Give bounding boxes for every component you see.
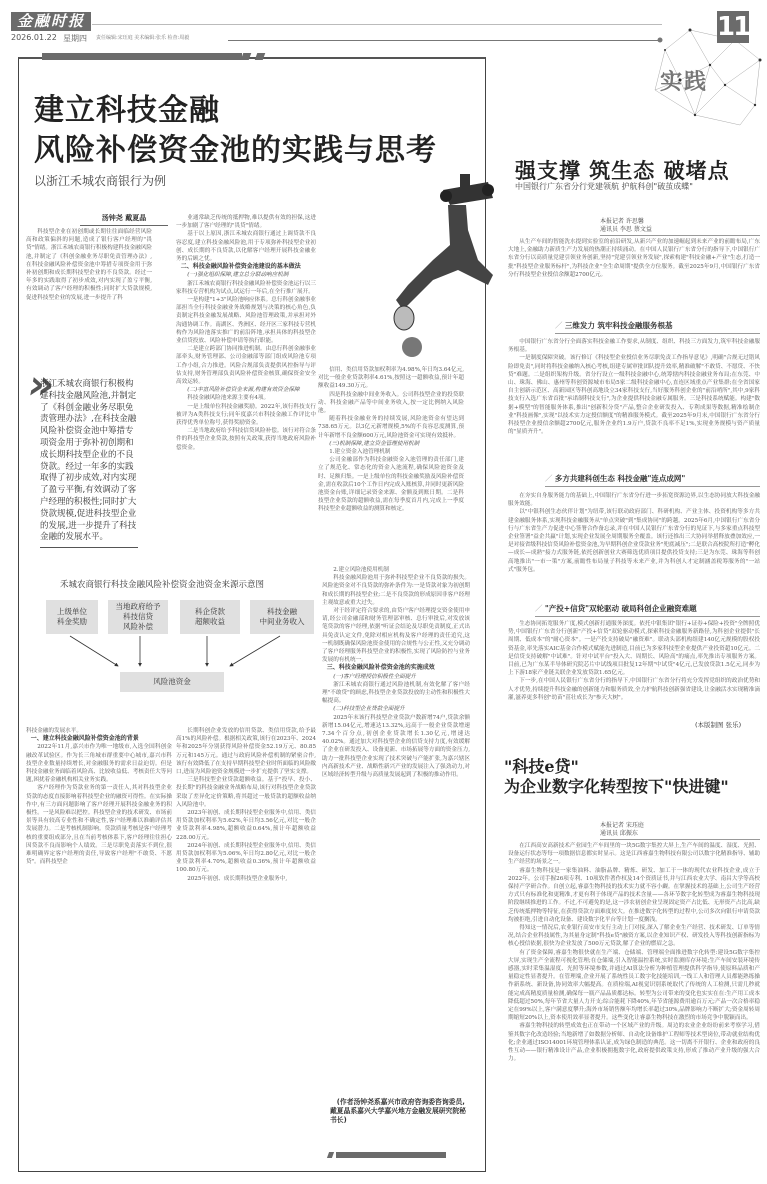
paragraph: 一是制度保障突破。该行修订《科技型企业授信业务尽职免责工作指导意见》,明确"合规… xyxy=(508,354,760,436)
right-article-1-subtitle: 中国银行广东省分行党建领航 护航科创"破茧成蝶" xyxy=(515,181,693,192)
header-rule-bottom xyxy=(228,40,660,41)
paragraph: 生态协同拓宽服务广度,模式创新打通服务深度。依托中银集团"银行+证券+保险+投资… xyxy=(508,620,760,677)
paragraph: 业通常缺乏传统的抵押物,难以提供有效的担保,这进一步加剧了客户经理的"畏贷"情绪… xyxy=(176,214,316,230)
paragraph: 公司金融部作为科技金融资金入池管理的责任部门,建立了规范化、常态化的资金入池流程… xyxy=(318,456,464,513)
diagram-target-box: 风险池资金 xyxy=(120,672,224,692)
paragraph-heading: 1.建立资金入池管理机制 xyxy=(318,448,464,456)
right-article-1-byline-correspondent: 通讯员 李思 蔡文益 xyxy=(600,226,760,236)
title-line-2: 为企业数字化转型按下"快进键" xyxy=(504,777,729,797)
left-article-authors: 汤钟尧 戴夏晶 xyxy=(80,213,168,226)
paragraph: 科技金融风险池来源主要有4项。 xyxy=(176,394,316,402)
paragraph: 随着科技金融业务的持续发展,风险池资金有望达到738.65万元。以3亿元新增规模… xyxy=(318,415,464,440)
paragraph: 以"中银科创生态伙伴计划"为纽带,该行联动政府部门、科研机构、产业主体、投资机构… xyxy=(508,508,760,574)
paragraph: 一是上级单位科技金融奖励。2022年,该行科技支行被评为A类科技支行;同年度嘉兴… xyxy=(176,403,316,428)
right-article-1-section-heading-1: 三维发力 筑牢科技金融服务根基 xyxy=(555,320,760,334)
paragraph-heading: 2.建立风险池使用机制 xyxy=(322,566,470,574)
left-article-column-3-lower: 2.建立风险池使用机制 科技金融风险池用于弥补科技型企业不良贷款的损失。风险池资… xyxy=(322,566,470,1096)
paragraph: 2025年末该行科技型企业贷款户数新增74户,贷款余额新增15.04亿元,增速达… xyxy=(322,714,470,780)
diagram-arrows-icon xyxy=(40,634,320,670)
paragraph: 下一步,在中国人民银行广东省分行的指导下,中国银行广东省分行将充分发挥党组织的政… xyxy=(508,677,760,702)
paragraph: 对于经评定符合要求的,由贷户客户经理提交资金使用申请,经公司金融部和财务管理部审… xyxy=(322,607,470,664)
title-line-1: "科技e贷" xyxy=(504,757,729,777)
paragraph: 浙江禾城农商银行通过风险池机制,有效化解了客户经理"不敢贷"的顾虑,科技型企业贷… xyxy=(322,681,470,706)
page-number-badge: 11 xyxy=(717,11,749,43)
right-article-2-body: 在江西高安高新技术产业园生产车间里的一块5G数字集控大屏上,生产车间的温度、湿度… xyxy=(508,842,760,1174)
paragraph: 从生产车间的智能洗水提到实验室的前沿研发,从新兴产业的加速崛起到未来产业的前瞻布… xyxy=(508,238,760,279)
left-article-title-line1: 建立科技金融 xyxy=(34,94,220,128)
pull-quote: 浙江禾城农商银行积极构建科技金融风险池,并制定了《科创金融业务尽职免责管理办法》… xyxy=(40,379,138,548)
paragraph: 科技型企业在初创期或长期往往面临经营风险高和政策偏斜的问题,造成了银行客户经理的… xyxy=(26,228,152,302)
right-article-2-title: "科技e贷" 为企业数字化转型按下"快进键" xyxy=(504,757,729,797)
section-heading: 二、科技金融风险补偿资金池建设的基本做法 xyxy=(176,263,316,271)
paragraph: 基于以上原因,浙江禾城农商银行通过上调贷款不良容忍度,建立科技金融风险池,用于专… xyxy=(176,230,316,263)
decorative-bar-bottom xyxy=(336,1152,446,1158)
subsection-heading: (二)科技型企业贷款全面提升 xyxy=(322,705,470,713)
paragraph: 一是构建"1+3"风险池响应体系。总行科创金融事业部担当全行科技金融业务战略规划… xyxy=(176,296,316,345)
paragraph: 二是建立跨部门协同推进机制。由总行科创金融事业部牵头,财务管理部、公司金融部等部… xyxy=(176,345,316,386)
author-note: (作者汤钟尧系嘉兴市政府咨询委咨询委员,戴夏晶系嘉兴大学嘉兴地方金融发展研究院秘… xyxy=(330,1098,466,1125)
faucet-illustration-icon xyxy=(388,150,508,360)
diagram-source-box-3: 科企贷款 超额收益 xyxy=(180,600,240,634)
subsection-heading: (二)丰富风险补偿资金来源,构建有效资金保障 xyxy=(176,386,316,394)
diagram-source-box-2: 当地政府给予 科技信贷 风险补偿 xyxy=(108,600,168,634)
paragraph: 睿嘉生物科技的转型成效也正在带动一个区域产业的升级。周边的农业企业纷纷前来考察学… xyxy=(508,1022,760,1063)
paragraph: 客户经理作为贷款业务的第一责任人,其对科技型企业贷款的态度直接影响着科技型企业的… xyxy=(26,784,172,866)
paragraph: 信用、类信用贷款加权利率为4.98%,年日均3.64亿元,对比一般企业贷款利率4… xyxy=(318,366,464,391)
left-article-subtitle: 以浙江禾城农商银行为例 xyxy=(34,172,166,189)
paragraph: 三是科技型企业贷款超额收益。基于"投早、投小、投长期"的科技金融业务战略布局,该… xyxy=(176,776,316,809)
paragraph: 科技金融风险池用于弥补科技型企业不良贷款的损失。风险池资金对不良贷款的弥补条件为… xyxy=(322,574,470,607)
left-article-column-3-top: 信用、类信用贷款加权利率为4.98%,年日均3.64亿元,对比一般企业贷款利率4… xyxy=(318,366,464,566)
issue-weekday: 星期四 xyxy=(63,33,87,44)
right-article-1-section-heading-2: 多方共建科创生态 科技金融"连点成网" xyxy=(545,473,760,487)
right-article-2-byline-correspondent: 通讯员 邱振东 xyxy=(600,830,760,840)
paragraph: 长期科创企业发放的信用贷款、类信用贷款,给予最高1%的风险补偿。根据相关政策,该… xyxy=(176,727,316,776)
subsection-heading: (一)客户经理授信积极性全面提升 xyxy=(322,673,470,681)
section-label: 实践 xyxy=(660,65,708,96)
paragraph: 有了资金保障,睿嘉生物很快就在生产端、仓储端、管理端全面推进数字化转型:建设5G… xyxy=(508,949,760,1023)
left-article-column-1-intro: 科技型企业在初创期或长期往往面临经营风险高和政策偏斜的问题,造成了银行客户经理的… xyxy=(26,228,152,368)
left-article-column-2: 业通常缺乏传统的抵押物,难以提供有效的担保,这进一步加剧了客户经理的"畏贷"情绪… xyxy=(176,214,316,564)
paragraph: 2023年初创、成长期科技型企业服务中,信用、类信用贷款加权利率为5.62%,年… xyxy=(176,809,316,842)
paragraph: 2022年11月,嘉兴市作为唯一地级市,入选全国科创金融改革试验区。作为长三角城… xyxy=(26,743,172,784)
right-article-1-byline-reporter: 本报记者 许思馨 xyxy=(600,218,644,226)
diagram-source-box-4: 科技金融 中间业务收入 xyxy=(250,600,314,634)
paragraph: 睿嘉生物科技是一家集油料、油脂品牌、精炼、研发、加工于一体的现代农业科技企业,成… xyxy=(508,867,760,924)
paragraph: 2025年初创、成长期科技型企业服务中, xyxy=(176,875,316,883)
paragraph: 中国银行广东省分行全面落实科技金融工作要求,从制度、组织、科技三方面发力,筑牢科… xyxy=(508,338,760,354)
paragraph: 得知这一情况后,农业银行高安市支行主动上门对接,深入了解企业生产经营、技术研发、… xyxy=(508,924,760,949)
subsection-heading: (一)强化组织保障,建立总分联动响应机制 xyxy=(176,271,316,279)
paragraph: 浙江禾城农商银行科技金融风险补偿资金池运行以三家科技专营机构为试点,试运行一年后… xyxy=(176,280,316,296)
subsection-heading: (三)机制保障,建立资金管理使用机制 xyxy=(318,440,464,448)
left-article-column-1-lower: 科技金融的发展水平。 一、建立科技金融风险补偿资金池的背景 2022年11月,嘉… xyxy=(26,727,172,1167)
editor-credits: 责任编辑:宋珏庭 美术编辑:张乐 检查:周毅 xyxy=(96,34,189,41)
paragraph: 在夯实自身服务能力的基础上,中国银行广东省分行进一步拓宽资源边界,以生态协同放大… xyxy=(508,492,760,508)
left-article-column-2-lower: 长期科创企业发放的信用贷款、类信用贷款,给予最高1%的风险补偿。根据相关政策,该… xyxy=(176,727,316,1167)
paragraph: 四是科技金融中间业务收入。公司科技型企业的投贷联动、科技金融产品等中间业务收入,… xyxy=(318,391,464,416)
right-article-2-byline-reporter: 本报记者 宋珏庭 xyxy=(600,822,644,830)
diagram-source-box-1: 上级单位 科金奖励 xyxy=(46,600,98,634)
paragraph: 在江西高安高新技术产业园生产车间里的一块5G数字集控大屏上,生产车间的温度、湿度… xyxy=(508,842,760,867)
right-article-1-section-1-body: 中国银行广东省分行全面落实科技金融工作要求,从制度、组织、科技三方面发力,筑牢科… xyxy=(508,338,760,466)
section-heading: 三、科技金融风险补偿资金池的实施成效 xyxy=(322,664,470,672)
right-article-1-intro: 从生产车间的智能洗水提到实验室的前沿研发,从新兴产业的加速崛起到未来产业的前瞻布… xyxy=(508,238,760,314)
graphics-credit: (本版制图 张乐) xyxy=(695,720,741,729)
paragraph: 二是当地政府给予科技信贷风险补偿。该行对符合条件的科技型企业贷款,按照有关政策,… xyxy=(176,427,316,452)
right-article-1-section-heading-3: "产投+信贷"双轮驱动 破局科创企业融资难题 xyxy=(535,603,760,617)
left-article-title-line2: 风险补偿资金池的实践与思考 xyxy=(34,134,437,168)
paragraph: 科技金融的发展水平。 xyxy=(26,727,172,735)
diagram-title: 禾城农商银行科技金融风险补偿资金池资金来源示意图 xyxy=(60,578,264,590)
decorative-bar xyxy=(42,53,242,60)
section-heading: 一、建立科技金融风险补偿资金池的背景 xyxy=(26,735,172,743)
right-article-1-section-2-body: 在夯实自身服务能力的基础上,中国银行广东省分行进一步拓宽资源边界,以生态协同放大… xyxy=(508,492,760,598)
header-rule-top xyxy=(92,24,662,25)
right-article-1-section-3-body: 生态协同拓宽服务广度,模式创新打通服务深度。依托中银集团"银行+证券+保险+投资… xyxy=(508,620,760,720)
issue-date: 2026.01.22 xyxy=(11,33,57,42)
newspaper-masthead-logo: 金融时报 xyxy=(11,12,91,31)
paragraph: 2024年初创、成长期科技型企业服务中,信用、类信用贷款加权利率为5.06%,年… xyxy=(176,842,316,875)
